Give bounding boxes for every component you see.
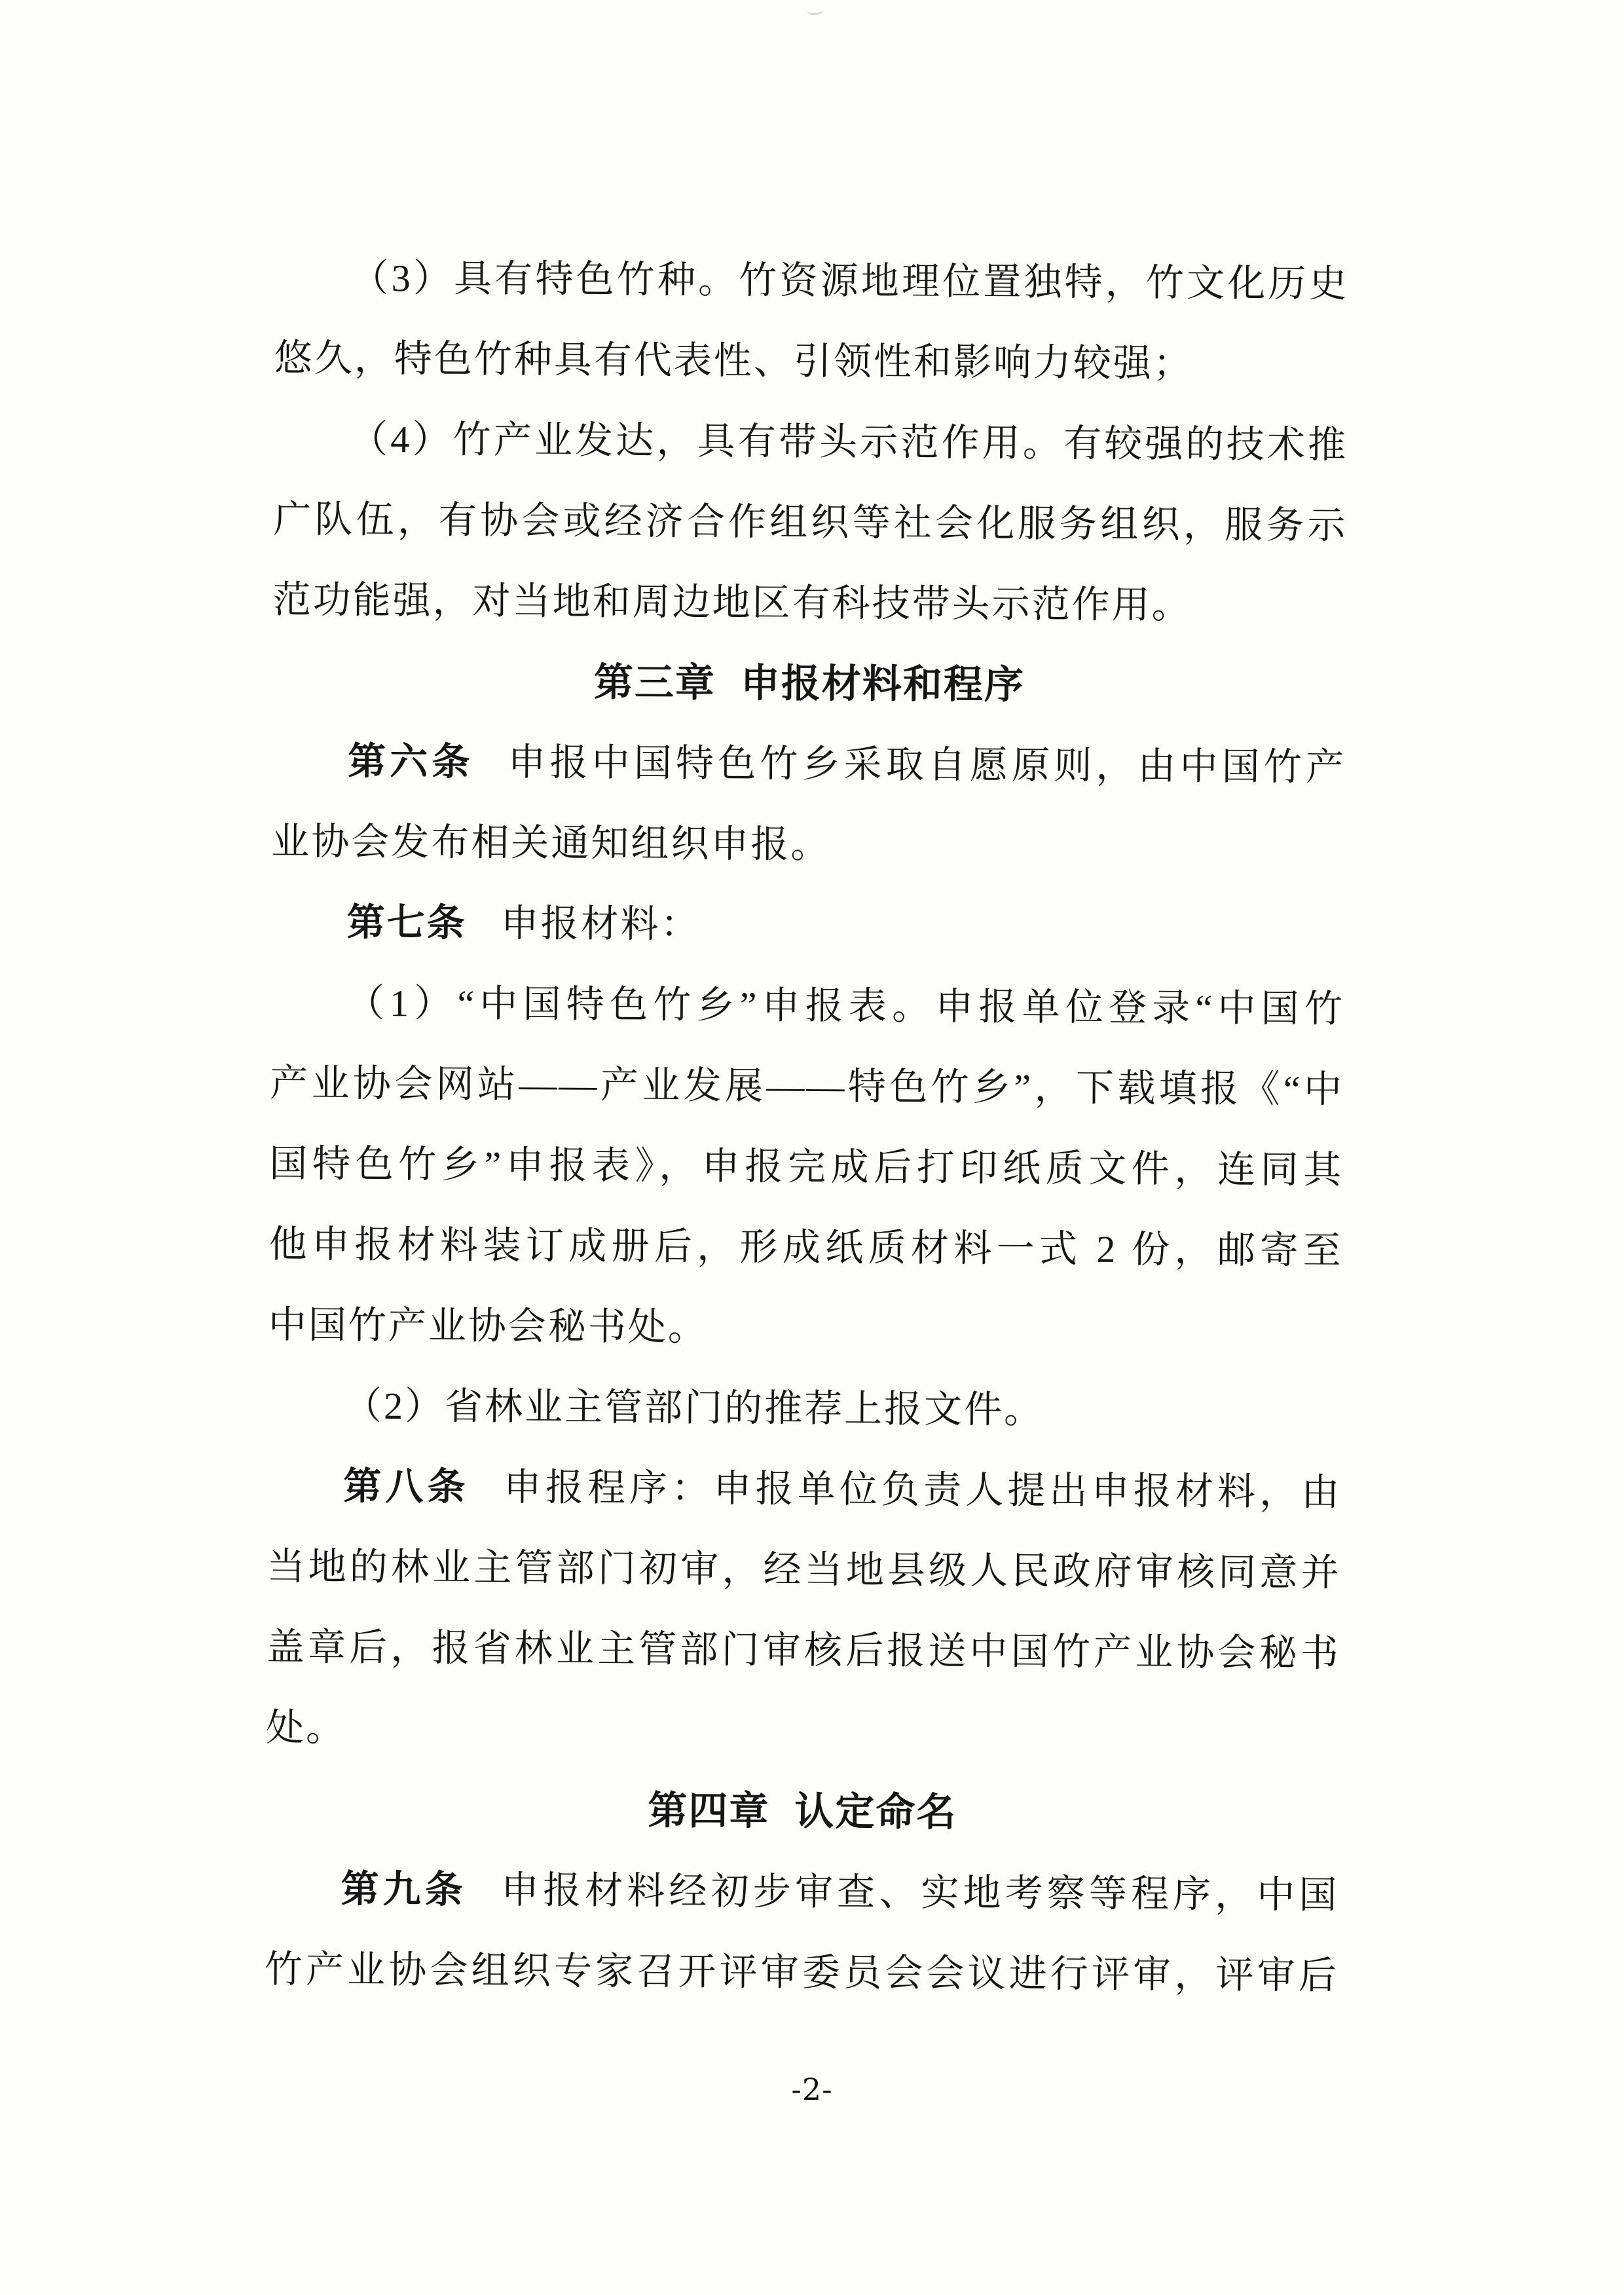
line-text: （3）具有特色竹种。竹资源地理位置独特，竹文化历史 [350, 257, 1348, 305]
paragraph-line: 悠久，特色竹种具有代表性、引领性和影响力较强； [274, 318, 1348, 405]
paragraph-line: 产业协会网站——产业发展——特色竹乡”，下载填报《“中 [270, 1043, 1344, 1130]
document-page: （3）具有特色竹种。竹资源地理位置独特，竹文化历史 悠久，特色竹种具有代表性、引… [0, 0, 1624, 2295]
chapter-heading: 第三章申报材料和程序 [272, 640, 1346, 727]
line-text: 产业协会网站——产业发展——特色竹乡”，下载填报《“中 [270, 1062, 1344, 1111]
line-text: 竹产业协会组织专家召开评审委员会会议进行评审，评审后 [265, 1948, 1338, 1997]
line-text: （1）“中国特色竹乡”申报表。申报单位登录“中国竹 [346, 982, 1344, 1030]
line-text: 盖章后，报省林业主管部门审核后报送中国竹产业协会秘书 [267, 1626, 1340, 1675]
line-text: 国特色竹乡”申报表》，申报完成后打印纸质文件，连同其 [269, 1142, 1343, 1191]
paragraph-line: 竹产业协会组织专家召开评审委员会会议进行评审，评审后 [264, 1929, 1338, 2016]
line-text: （4）竹产业发达，具有带头示范作用。有较强的技术推 [350, 418, 1348, 466]
line-text: （2）省林业主管部门的推荐上报文件。 [344, 1385, 1044, 1432]
paragraph-line: （1）“中国特色竹乡”申报表。申报单位登录“中国竹 [270, 962, 1344, 1049]
line-text: 业协会发布相关通知组织申报。 [271, 820, 830, 866]
line-text: 当地的林业主管部门初审，经当地县级人民政府审核同意并 [267, 1545, 1340, 1594]
paragraph-line: 中国竹产业协会秘书处。 [268, 1284, 1342, 1371]
line-text: 申报程序：申报单位负责人提出申报材料，由 [504, 1466, 1342, 1514]
article-number: 第八条 [343, 1465, 470, 1508]
paragraph-line: （4）竹产业发达，具有带头示范作用。有较强的技术推 [274, 398, 1348, 485]
document-body: （3）具有特色竹种。竹资源地理位置独特，竹文化历史 悠久，特色竹种具有代表性、引… [264, 237, 1348, 2016]
line-text: 申报材料： [500, 902, 700, 946]
line-text: 处。 [266, 1706, 346, 1749]
paragraph-line: 当地的林业主管部门初审，经当地县级人民政府审核同意并 [267, 1526, 1341, 1613]
chapter-heading: 第四章认定命名 [265, 1768, 1340, 1855]
paragraph-line: 第七条申报材料： [270, 882, 1345, 969]
paragraph-line: 第九条申报材料经初步审查、实地考察等程序，中国 [265, 1848, 1339, 1935]
chapter-number: 第三章 [594, 660, 716, 705]
line-text: 中国竹产业协会秘书处。 [268, 1303, 708, 1349]
page-number: -2- [0, 2068, 1624, 2110]
line-text: 范功能强，对当地和周边地区有科技带头示范作用。 [272, 578, 1191, 627]
line-text: 悠久，特色竹种具有代表性、引领性和影响力较强； [274, 337, 1193, 385]
paragraph-line: 处。 [266, 1687, 1340, 1774]
paragraph-line: 盖章后，报省林业主管部门审核后报送中国竹产业协会秘书 [266, 1607, 1340, 1694]
line-text: 申报材料经初步审查、实地考察等程序，中国 [501, 1869, 1339, 1916]
paragraph-line: 第六条申报中国特色竹乡采取自愿原则，由中国竹产 [272, 720, 1346, 808]
scan-artifact [806, 5, 824, 16]
chapter-title: 申报材料和程序 [741, 661, 1025, 707]
article-number: 第九条 [341, 1868, 467, 1911]
chapter-number: 第四章 [648, 1789, 769, 1833]
paragraph-line: 第八条申报程序：申报单位负责人提出申报材料，由 [267, 1446, 1342, 1533]
paragraph-line: 范功能强，对当地和周边地区有科技带头示范作用。 [272, 559, 1347, 646]
paragraph-line: 他申报材料装订成册后，形成纸质材料一式 2 份，邮寄至 [268, 1204, 1343, 1291]
chapter-title: 认定命名 [794, 1789, 957, 1835]
line-text: 申报中国特色竹乡采取自愿原则，由中国竹产 [507, 741, 1346, 789]
paragraph-line: 国特色竹乡”申报表》，申报完成后打印纸质文件，连同其 [269, 1123, 1344, 1210]
article-number: 第六条 [348, 740, 474, 783]
paragraph-line: 业协会发布相关通知组织申报。 [271, 801, 1346, 888]
paragraph-line: 广队伍，有协会或经济合作组织等社会化服务组织，服务示 [273, 479, 1348, 566]
article-number: 第七条 [346, 901, 466, 944]
line-text: 广队伍，有协会或经济合作组织等社会化服务组织，服务示 [273, 498, 1347, 547]
paragraph-line: （3）具有特色竹种。竹资源地理位置独特，竹文化历史 [274, 237, 1349, 324]
line-text: 他申报材料装订成册后，形成纸质材料一式 2 份，邮寄至 [268, 1223, 1342, 1272]
paragraph-line: （2）省林业主管部门的推荐上报文件。 [268, 1365, 1342, 1452]
